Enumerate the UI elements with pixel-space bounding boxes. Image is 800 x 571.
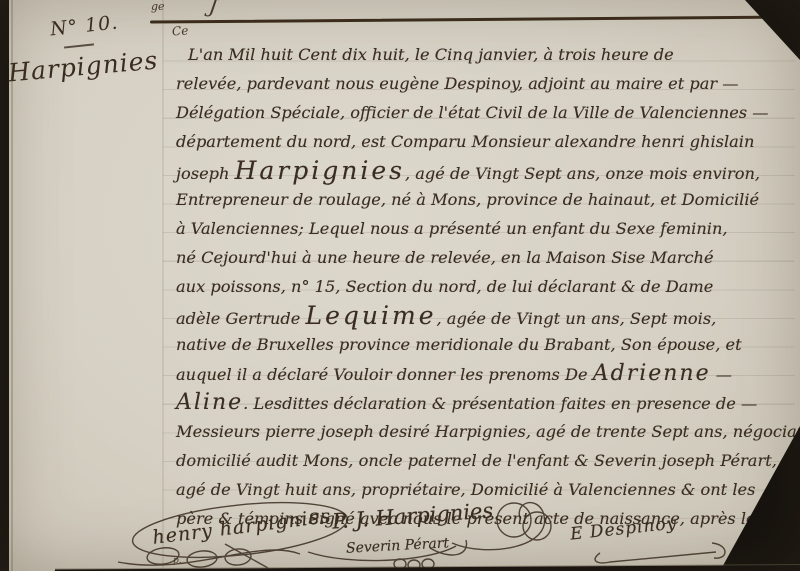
manuscript-line: native de Bruxelles province meridionale… — [176, 330, 796, 359]
line-text: auquel il a déclaré Vouloir donner les p… — [176, 365, 593, 384]
line-text: , agé de Vingt Sept ans, onze mois envir… — [405, 164, 760, 183]
line-text: né Cejourd'hui à une heure de relevée, e… — [176, 248, 714, 267]
manuscript-line: Messieurs pierre joseph desiré Harpignie… — [176, 417, 796, 446]
document-scan: ge J Ce N° 10. Harpignies L'an Mil huit … — [0, 0, 800, 571]
catchword: Ce — [172, 23, 189, 38]
manuscript-line: auquel il a déclaré Vouloir donner les p… — [176, 359, 796, 388]
child-second-name: Aline — [176, 390, 243, 415]
father-surname: Harpignies — [235, 156, 405, 185]
manuscript-line: adèle Gertrude Lequime, agée de Vingt un… — [176, 301, 796, 330]
margin-fold-line — [162, 0, 164, 571]
manuscript-text: L'an Mil huit Cent dix huit, le Cinq jan… — [176, 40, 796, 533]
line-text: département du nord, est Comparu Monsieu… — [176, 132, 754, 151]
line-text: aux poissons, n° 15, Section du nord, de… — [176, 277, 713, 296]
manuscript-line: département du nord, est Comparu Monsieu… — [176, 127, 796, 156]
scan-left-edge — [0, 0, 9, 571]
manuscript-line: aux poissons, n° 15, Section du nord, de… — [176, 272, 796, 301]
header-fragment-left: ge — [151, 0, 165, 13]
manuscript-line: L'an Mil huit Cent dix huit, le Cinq jan… — [176, 40, 796, 69]
manuscript-line: à Valenciennes; Lequel nous a présenté u… — [176, 214, 796, 243]
line-text: à Valenciennes; Lequel nous a présenté u… — [176, 219, 728, 238]
manuscript-line: Entrepreneur de roulage, né à Mons, prov… — [176, 185, 796, 214]
line-text: Entrepreneur de roulage, né à Mons, prov… — [176, 190, 759, 209]
line-text: adèle Gertrude — [176, 309, 306, 328]
child-first-name: Adrienne — [593, 361, 711, 386]
line-text: , agée de Vingt un ans, Sept mois, — [437, 309, 717, 328]
line-text: domicilié audit Mons, oncle paternel de … — [176, 451, 777, 470]
line-text: . Lesdittes déclaration & présentation f… — [243, 394, 757, 413]
line-text: agé de Vingt huit ans, propriétaire, Dom… — [176, 480, 755, 499]
mother-surname: Lequime — [306, 301, 437, 330]
small-ink-mark: p. — [173, 556, 182, 566]
line-text: relevée, pardevant nous eugène Despinoy,… — [176, 74, 738, 93]
manuscript-line: joseph Harpignies, agé de Vingt Sept ans… — [176, 156, 796, 185]
line-text: — — [711, 365, 732, 384]
line-text: Messieurs pierre joseph desiré Harpignie… — [176, 422, 800, 441]
manuscript-line: domicilié audit Mons, oncle paternel de … — [176, 446, 796, 475]
manuscript-line: relevée, pardevant nous eugène Despinoy,… — [176, 69, 796, 98]
manuscript-line: Aline. Lesdittes déclaration & présentat… — [176, 388, 796, 417]
manuscript-line: Délégation Spéciale, officier de l'état … — [176, 98, 796, 127]
line-text: L'an Mil huit Cent dix huit, le Cinq jan… — [188, 45, 674, 64]
line-text: Délégation Spéciale, officier de l'état … — [176, 103, 768, 122]
line-text: joseph — [176, 164, 235, 183]
line-text: native de Bruxelles province meridionale… — [176, 335, 742, 354]
manuscript-line: né Cejourd'hui à une heure de relevée, e… — [176, 243, 796, 272]
